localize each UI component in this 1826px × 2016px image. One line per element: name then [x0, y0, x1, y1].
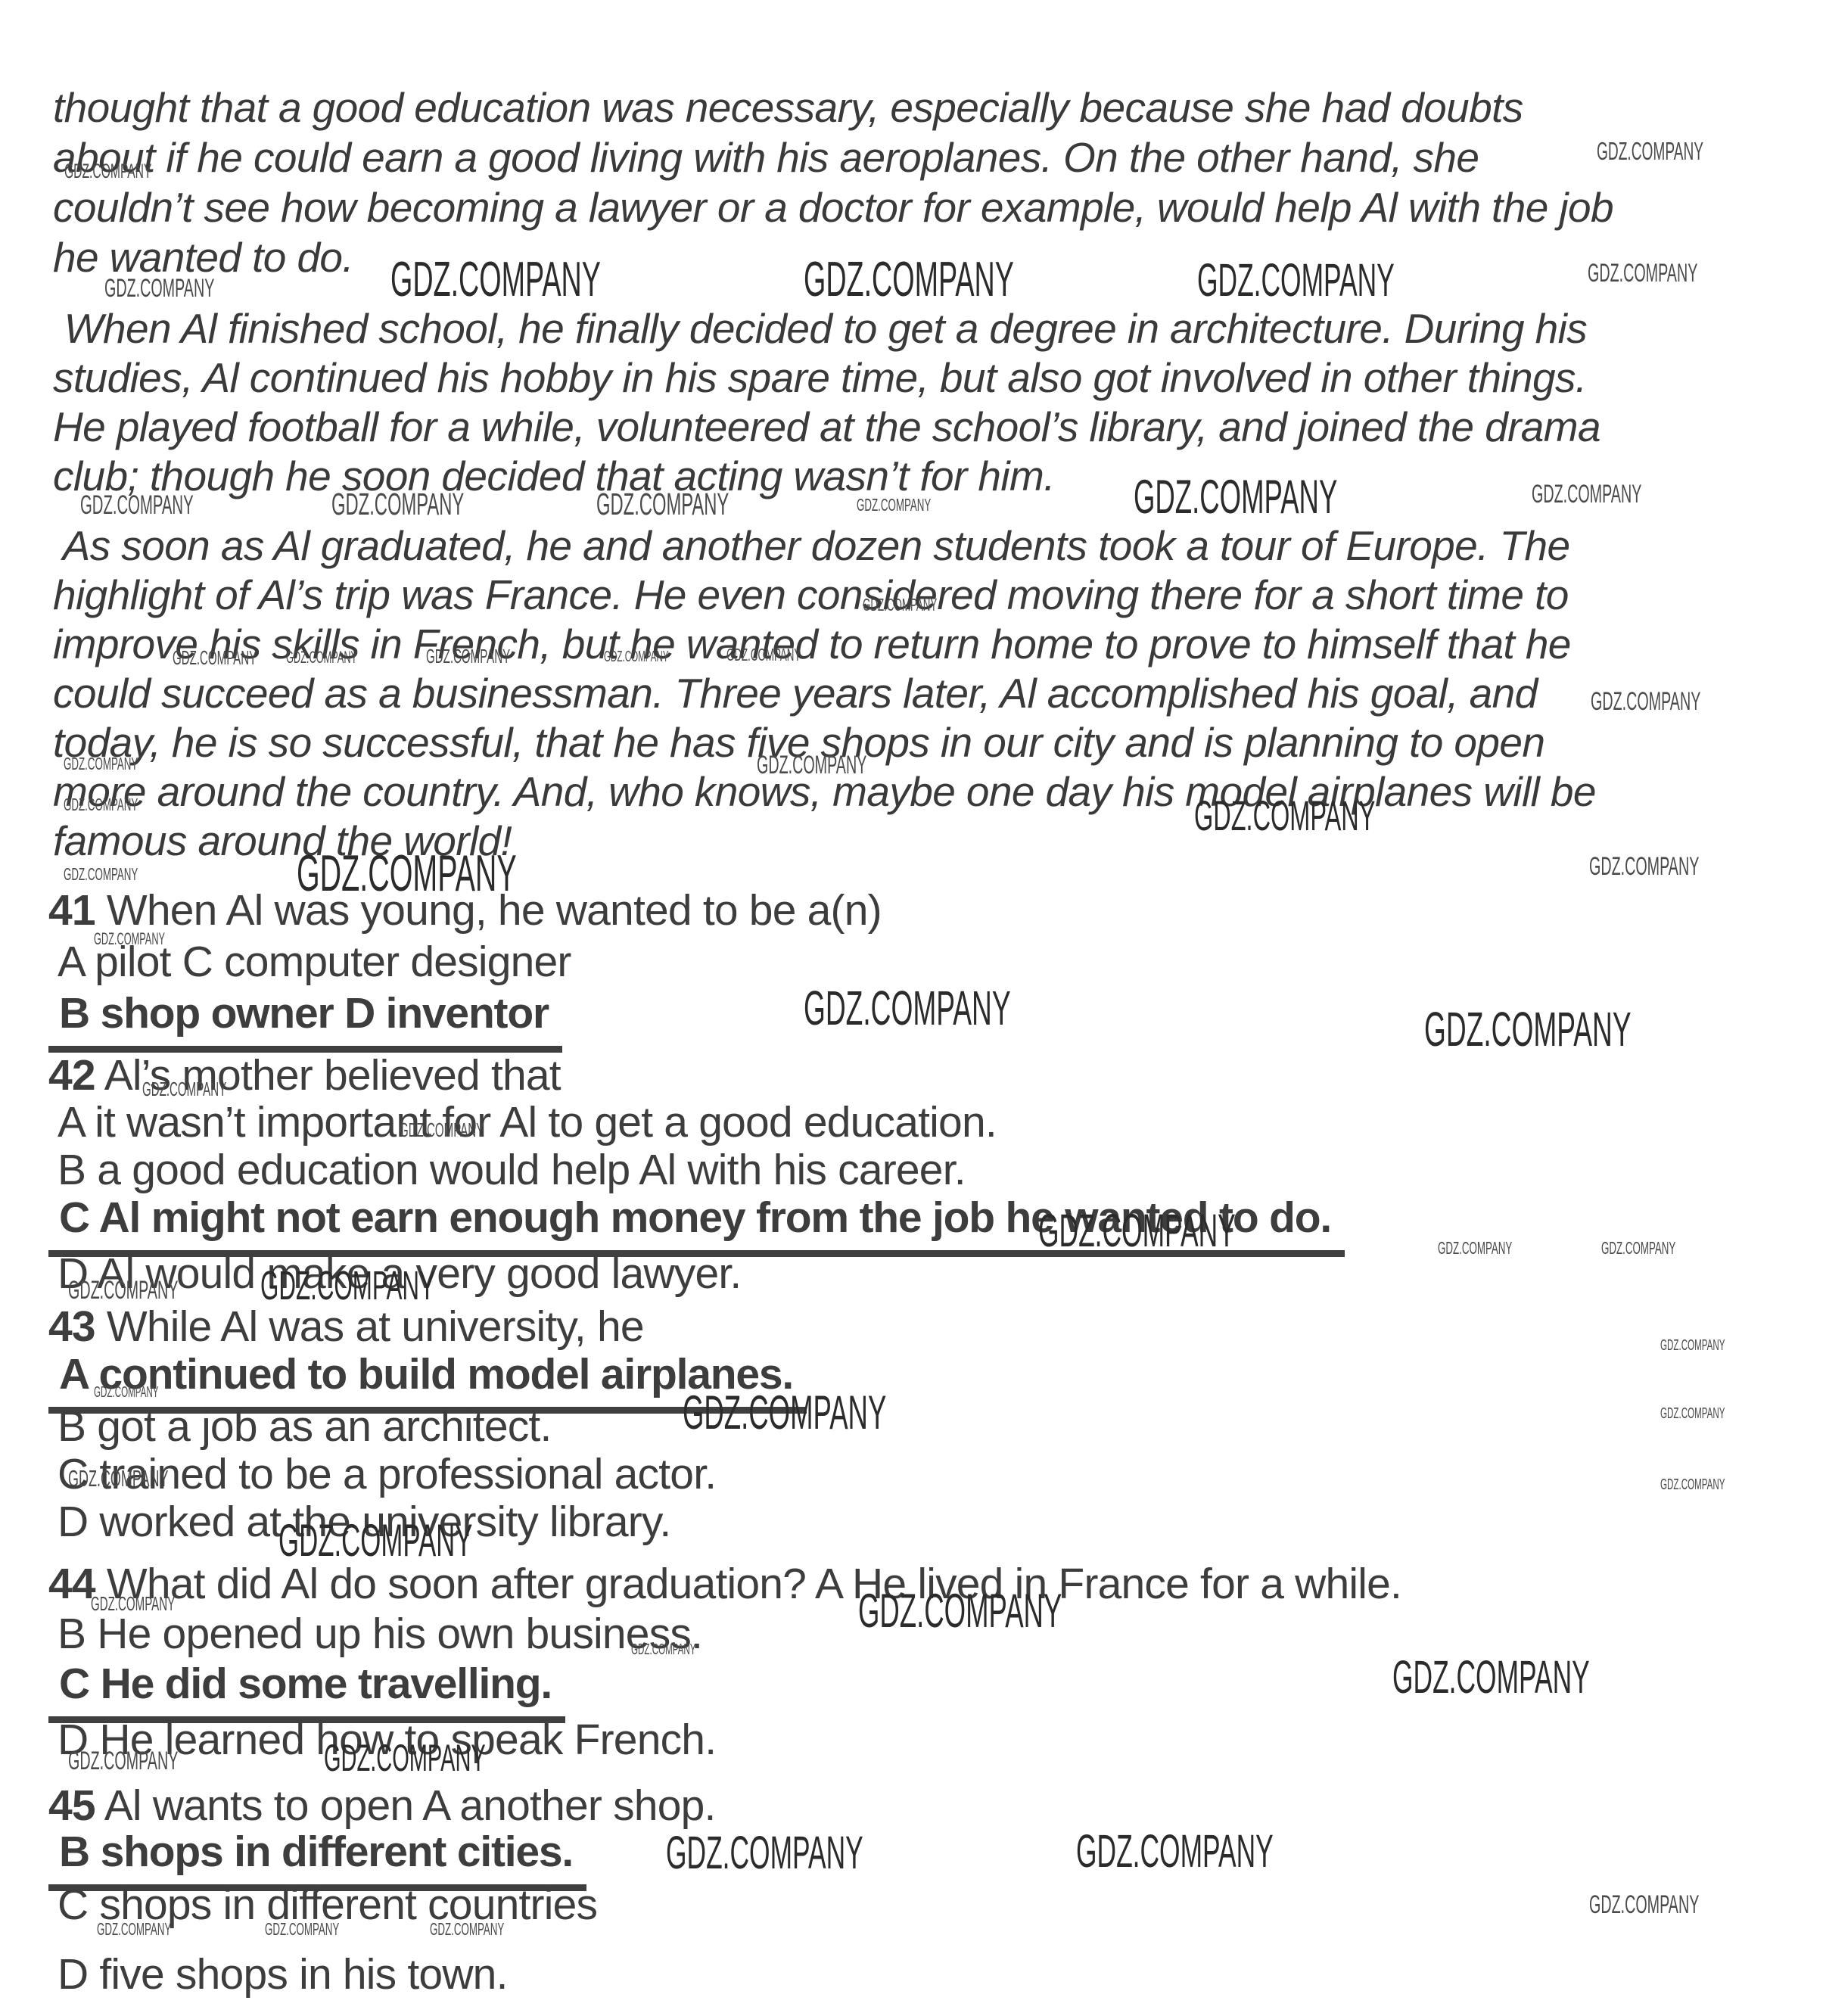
- paragraph-line: improve his skills in French, but he wan…: [53, 620, 1571, 668]
- watermark: GDZ.COMPANY: [1392, 1654, 1590, 1700]
- watermark: GDZ.COMPANY: [68, 1748, 178, 1774]
- watermark: GDZ.COMPANY: [64, 755, 138, 773]
- paragraph-line: studies, Al continued his hobby in his s…: [53, 353, 1587, 402]
- question-stem: 45 Al wants to open A another shop.: [48, 1781, 716, 1831]
- watermark: GDZ.COMPANY: [1589, 1892, 1699, 1918]
- watermark: GDZ.COMPANY: [260, 1265, 435, 1306]
- question-number: 41: [48, 886, 95, 935]
- watermark: GDZ.COMPANY: [1038, 1208, 1236, 1254]
- watermark: GDZ.COMPANY: [1134, 474, 1337, 521]
- watermark: GDZ.COMPANY: [604, 649, 669, 664]
- paragraph-line: When Al finished school, he finally deci…: [53, 304, 1587, 353]
- watermark: GDZ.COMPANY: [68, 1277, 178, 1303]
- watermark: GDZ.COMPANY: [278, 1518, 473, 1563]
- watermark: GDZ.COMPANY: [324, 1739, 486, 1777]
- watermark: GDZ.COMPANY: [1660, 1338, 1725, 1353]
- watermark: GDZ.COMPANY: [64, 866, 138, 883]
- watermark: GDZ.COMPANY: [683, 1389, 886, 1437]
- watermark: GDZ.COMPANY: [804, 984, 1011, 1032]
- watermark: GDZ.COMPANY: [857, 496, 931, 514]
- watermark: GDZ.COMPANY: [97, 1921, 171, 1938]
- watermark: GDZ.COMPANY: [94, 931, 165, 947]
- watermark: GDZ.COMPANY: [173, 648, 257, 667]
- paragraph-line: As soon as Al graduated, he and another …: [53, 521, 1570, 570]
- watermark: GDZ.COMPANY: [1076, 1828, 1274, 1874]
- watermark: GDZ.COMPANY: [400, 1120, 484, 1140]
- paragraph-line: He played football for a while, voluntee…: [53, 403, 1600, 451]
- question-text: While Al was at university, he: [95, 1302, 644, 1351]
- watermark: GDZ.COMPANY: [68, 1467, 169, 1490]
- watermark: GDZ.COMPANY: [80, 492, 194, 518]
- watermark: GDZ.COMPANY: [331, 489, 464, 520]
- watermark: GDZ.COMPANY: [297, 848, 517, 899]
- watermark: GDZ.COMPANY: [863, 596, 937, 614]
- question-number: 42: [48, 1051, 95, 1100]
- answer-option-correct: C He did some travelling.: [48, 1659, 565, 1723]
- watermark: GDZ.COMPANY: [1660, 1477, 1725, 1492]
- watermark: GDZ.COMPANY: [91, 1594, 175, 1613]
- question-text: Al wants to open A another shop.: [95, 1781, 716, 1830]
- watermark: GDZ.COMPANY: [1532, 481, 1641, 507]
- question-number: 45: [48, 1781, 95, 1830]
- watermark: GDZ.COMPANY: [104, 275, 214, 301]
- watermark: GDZ.COMPANY: [666, 1830, 863, 1876]
- watermark: GDZ.COMPANY: [631, 1642, 696, 1657]
- watermark: GDZ.COMPANY: [1601, 1240, 1675, 1257]
- question-number: 43: [48, 1302, 95, 1351]
- watermark: GDZ.COMPANY: [64, 161, 151, 182]
- paragraph-line: club; though he soon decided that acting…: [53, 452, 1055, 500]
- question-text: What did Al do soon after graduation? A …: [95, 1560, 1401, 1608]
- watermark: GDZ.COMPANY: [804, 254, 1014, 303]
- watermark: GDZ.COMPANY: [1197, 257, 1395, 303]
- watermark: GDZ.COMPANY: [1597, 138, 1703, 163]
- answer-option: A it wasn’t important for Al to get a go…: [58, 1097, 997, 1147]
- watermark: GDZ.COMPANY: [1194, 795, 1375, 837]
- watermark: GDZ.COMPANY: [1438, 1240, 1512, 1257]
- watermark: GDZ.COMPANY: [596, 489, 729, 520]
- watermark: GDZ.COMPANY: [286, 649, 357, 666]
- watermark: GDZ.COMPANY: [142, 1079, 226, 1099]
- question-number: 44: [48, 1560, 95, 1608]
- watermark: GDZ.COMPANY: [265, 1921, 339, 1938]
- answer-option: B He opened up his own business.: [58, 1609, 702, 1659]
- paragraph-line: couldn’t see how becoming a lawyer or a …: [53, 183, 1613, 232]
- answer-option: B a good education would help Al with hi…: [58, 1145, 966, 1195]
- watermark: GDZ.COMPANY: [726, 646, 801, 664]
- paragraph-line: could succeed as a businessman. Three ye…: [53, 669, 1538, 717]
- watermark: GDZ.COMPANY: [94, 1385, 159, 1400]
- answer-option: B got a job as an architect.: [58, 1402, 552, 1451]
- watermark: GDZ.COMPANY: [390, 254, 601, 303]
- watermark: GDZ.COMPANY: [858, 1588, 1062, 1635]
- watermark: GDZ.COMPANY: [430, 1921, 504, 1938]
- document-page: thought that a good education was necess…: [0, 0, 1826, 2016]
- watermark: GDZ.COMPANY: [1660, 1406, 1725, 1421]
- watermark: GDZ.COMPANY: [1591, 689, 1700, 714]
- paragraph-line: highlight of Al’s trip was France. He ev…: [53, 571, 1569, 619]
- question-stem: 44 What did Al do soon after graduation?…: [48, 1559, 1401, 1609]
- question-stem: 43 While Al was at university, he: [48, 1302, 644, 1352]
- watermark: GDZ.COMPANY: [426, 646, 510, 666]
- answer-option-correct: B shop owner D inventor: [48, 988, 562, 1053]
- watermark: GDZ.COMPANY: [1589, 854, 1699, 879]
- watermark: GDZ.COMPANY: [64, 796, 138, 814]
- paragraph-line: about if he could earn a good living wit…: [53, 133, 1479, 182]
- answer-option: D five shops in his town.: [58, 1949, 508, 1999]
- watermark: GDZ.COMPANY: [1424, 1005, 1632, 1053]
- question-stem: 42 Al’s mother believed that: [48, 1050, 561, 1100]
- paragraph-line: thought that a good education was necess…: [53, 83, 1523, 132]
- watermark: GDZ.COMPANY: [1588, 260, 1697, 286]
- watermark: GDZ.COMPANY: [757, 752, 866, 778]
